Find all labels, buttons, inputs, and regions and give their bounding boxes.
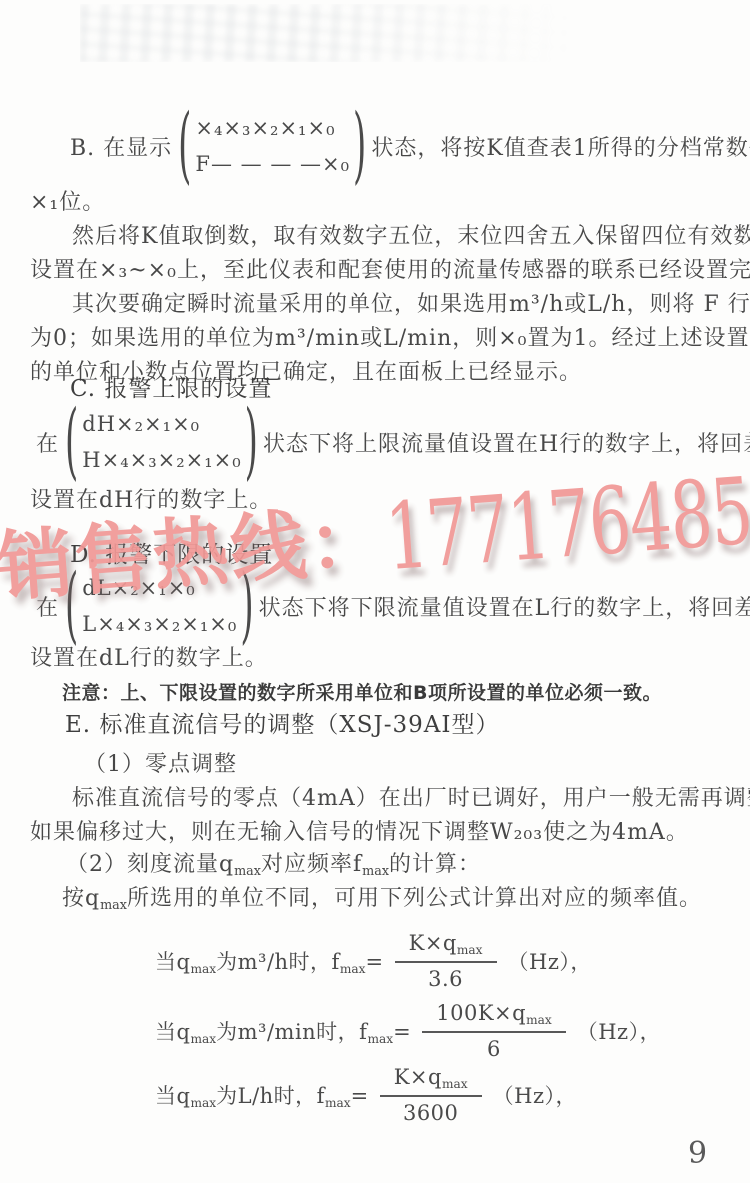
bracket-d-bottom-row: L×₄×₃×₂×₁×₀ <box>82 606 237 642</box>
display-state-bracket-b: ( ×₄×₃×₂×₁×₀ F— — — —×₀ ) <box>178 110 367 182</box>
section-b-text: 状态，将按K值查表1所得的分档常数值设置在 <box>371 131 750 162</box>
formula-m3min: 当qmax为m³/min时，fmax= 100K×qmax 6 （Hz）， <box>155 998 661 1064</box>
section-c-intro: 在 <box>36 427 59 458</box>
section-c-paragraph: 在 ( dH×₂×₁×₀ H×₄×₃×₂×₁×₀ ) 状态下将上限流量值设置在H… <box>36 398 750 486</box>
page-number: 9 <box>688 1136 707 1171</box>
formula-lh-lead: 当qmax为L/h时，fmax= <box>155 1080 369 1110</box>
section-c-line2: 设置在dH行的数字上。 <box>30 486 742 516</box>
right-paren: ) <box>245 400 259 483</box>
para-k-line1: 然后将K值取倒数，取有效数字五位，末位四舍五入保留四位有效数字并 <box>72 222 750 252</box>
formula-m3h-fraction: K×qmax 3.6 <box>395 931 497 992</box>
section-d-text: 状态下将下限流量值设置在L行的数字上，将回差值 <box>259 591 750 622</box>
section-b-intro: B. 在显示 <box>70 131 172 162</box>
formula-m3min-unit: （Hz）， <box>577 1016 661 1046</box>
left-paren: ( <box>65 564 79 647</box>
zero-adjust-line2: 如果偏移过大，则在无输入信号的情况下调整W₂₀₃使之为4mA。 <box>30 818 742 848</box>
formula-m3h-lead: 当qmax为m³/h时，fmax= <box>155 946 384 976</box>
note-line: 注意：上、下限设置的数字所采用单位和B项所设置的单位必须一致。 <box>62 678 742 705</box>
right-paren: ) <box>240 564 254 647</box>
bracket-c-top-row: dH×₂×₁×₀ <box>82 406 241 442</box>
para-k-line2: 设置在×₃~×₀上，至此仪表和配套使用的流量传感器的联系已经设置完毕。 <box>30 256 742 286</box>
bracket-d-top-row: dL×₂×₁×₀ <box>82 570 237 606</box>
para-unit-line2: 为0；如果选用的单位为m³/min或L/min，则×₀置为1。经过上述设置后，显… <box>30 324 742 354</box>
formula-m3h: 当qmax为m³/h时，fmax= K×qmax 3.6 （Hz）， <box>155 928 592 994</box>
formula-m3min-numerator: 100K×qmax <box>422 1001 565 1034</box>
section-e-sub2: （2）刻度流量qmax对应频率fmax的计算： <box>66 850 750 887</box>
formula-lh-unit: （Hz）， <box>493 1080 577 1110</box>
formula-m3min-denominator: 6 <box>487 1033 501 1061</box>
bracket-b-top-row: ×₄×₃×₂×₁×₀ <box>195 110 350 146</box>
zero-adjust-line1: 标准直流信号的零点（4mA）在出厂时已调好，用户一般无需再调整， <box>72 784 750 814</box>
display-state-bracket-d: ( dL×₂×₁×₀ L×₄×₃×₂×₁×₀ ) <box>65 570 255 642</box>
formula-lh-fraction: K×qmax 3600 <box>380 1065 482 1126</box>
formula-m3h-denominator: 3.6 <box>428 963 463 991</box>
left-paren: ( <box>65 400 79 483</box>
formula-lh: 当qmax为L/h时，fmax= K×qmax 3600 （Hz）， <box>155 1064 577 1126</box>
formula-lh-numerator: K×qmax <box>380 1065 482 1098</box>
freq-intro-line: 按qmax所选用的单位不同，可用下列公式计算出对应的频率值。 <box>62 884 750 921</box>
bracket-c-bottom-row: H×₄×₃×₂×₁×₀ <box>82 442 241 478</box>
formula-m3h-numerator: K×qmax <box>395 931 497 964</box>
right-paren: ) <box>353 104 367 187</box>
formula-m3h-unit: （Hz）， <box>508 946 592 976</box>
section-c-text: 状态下将上限流量值设置在H行的数字上，将回差值 <box>263 427 750 458</box>
section-e-heading: E. 标准直流信号的调整（XSJ-39AI型） <box>65 710 500 740</box>
section-d-line2: 设置在dL行的数字上。 <box>30 644 742 674</box>
section-b-paragraph: B. 在显示 ( ×₄×₃×₂×₁×₀ F— — — —×₀ ) 状态，将按K值… <box>70 100 750 192</box>
bracket-b-bottom-row: F— — — —×₀ <box>195 146 350 182</box>
section-b-line2: ×₁位。 <box>30 188 742 218</box>
section-d-paragraph: 在 ( dL×₂×₁×₀ L×₄×₃×₂×₁×₀ ) 状态下将下限流量值设置在L… <box>36 562 750 650</box>
para-unit-line1: 其次要确定瞬时流量采用的单位，如果选用m³/h或L/h，则将 F 行×₀置 <box>72 290 750 320</box>
formula-lh-denominator: 3600 <box>403 1097 458 1125</box>
scanned-manual-page: B. 在显示 ( ×₄×₃×₂×₁×₀ F— — — —×₀ ) 状态，将按K值… <box>0 0 750 1183</box>
section-e-sub1: （1）零点调整 <box>84 750 750 780</box>
section-d-intro: 在 <box>36 591 59 622</box>
scan-bleed-artifact <box>80 4 660 62</box>
formula-m3min-lead: 当qmax为m³/min时，fmax= <box>155 1016 411 1046</box>
left-paren: ( <box>178 104 192 187</box>
formula-m3min-fraction: 100K×qmax 6 <box>422 1001 565 1062</box>
display-state-bracket-c: ( dH×₂×₁×₀ H×₄×₃×₂×₁×₀ ) <box>65 406 259 478</box>
